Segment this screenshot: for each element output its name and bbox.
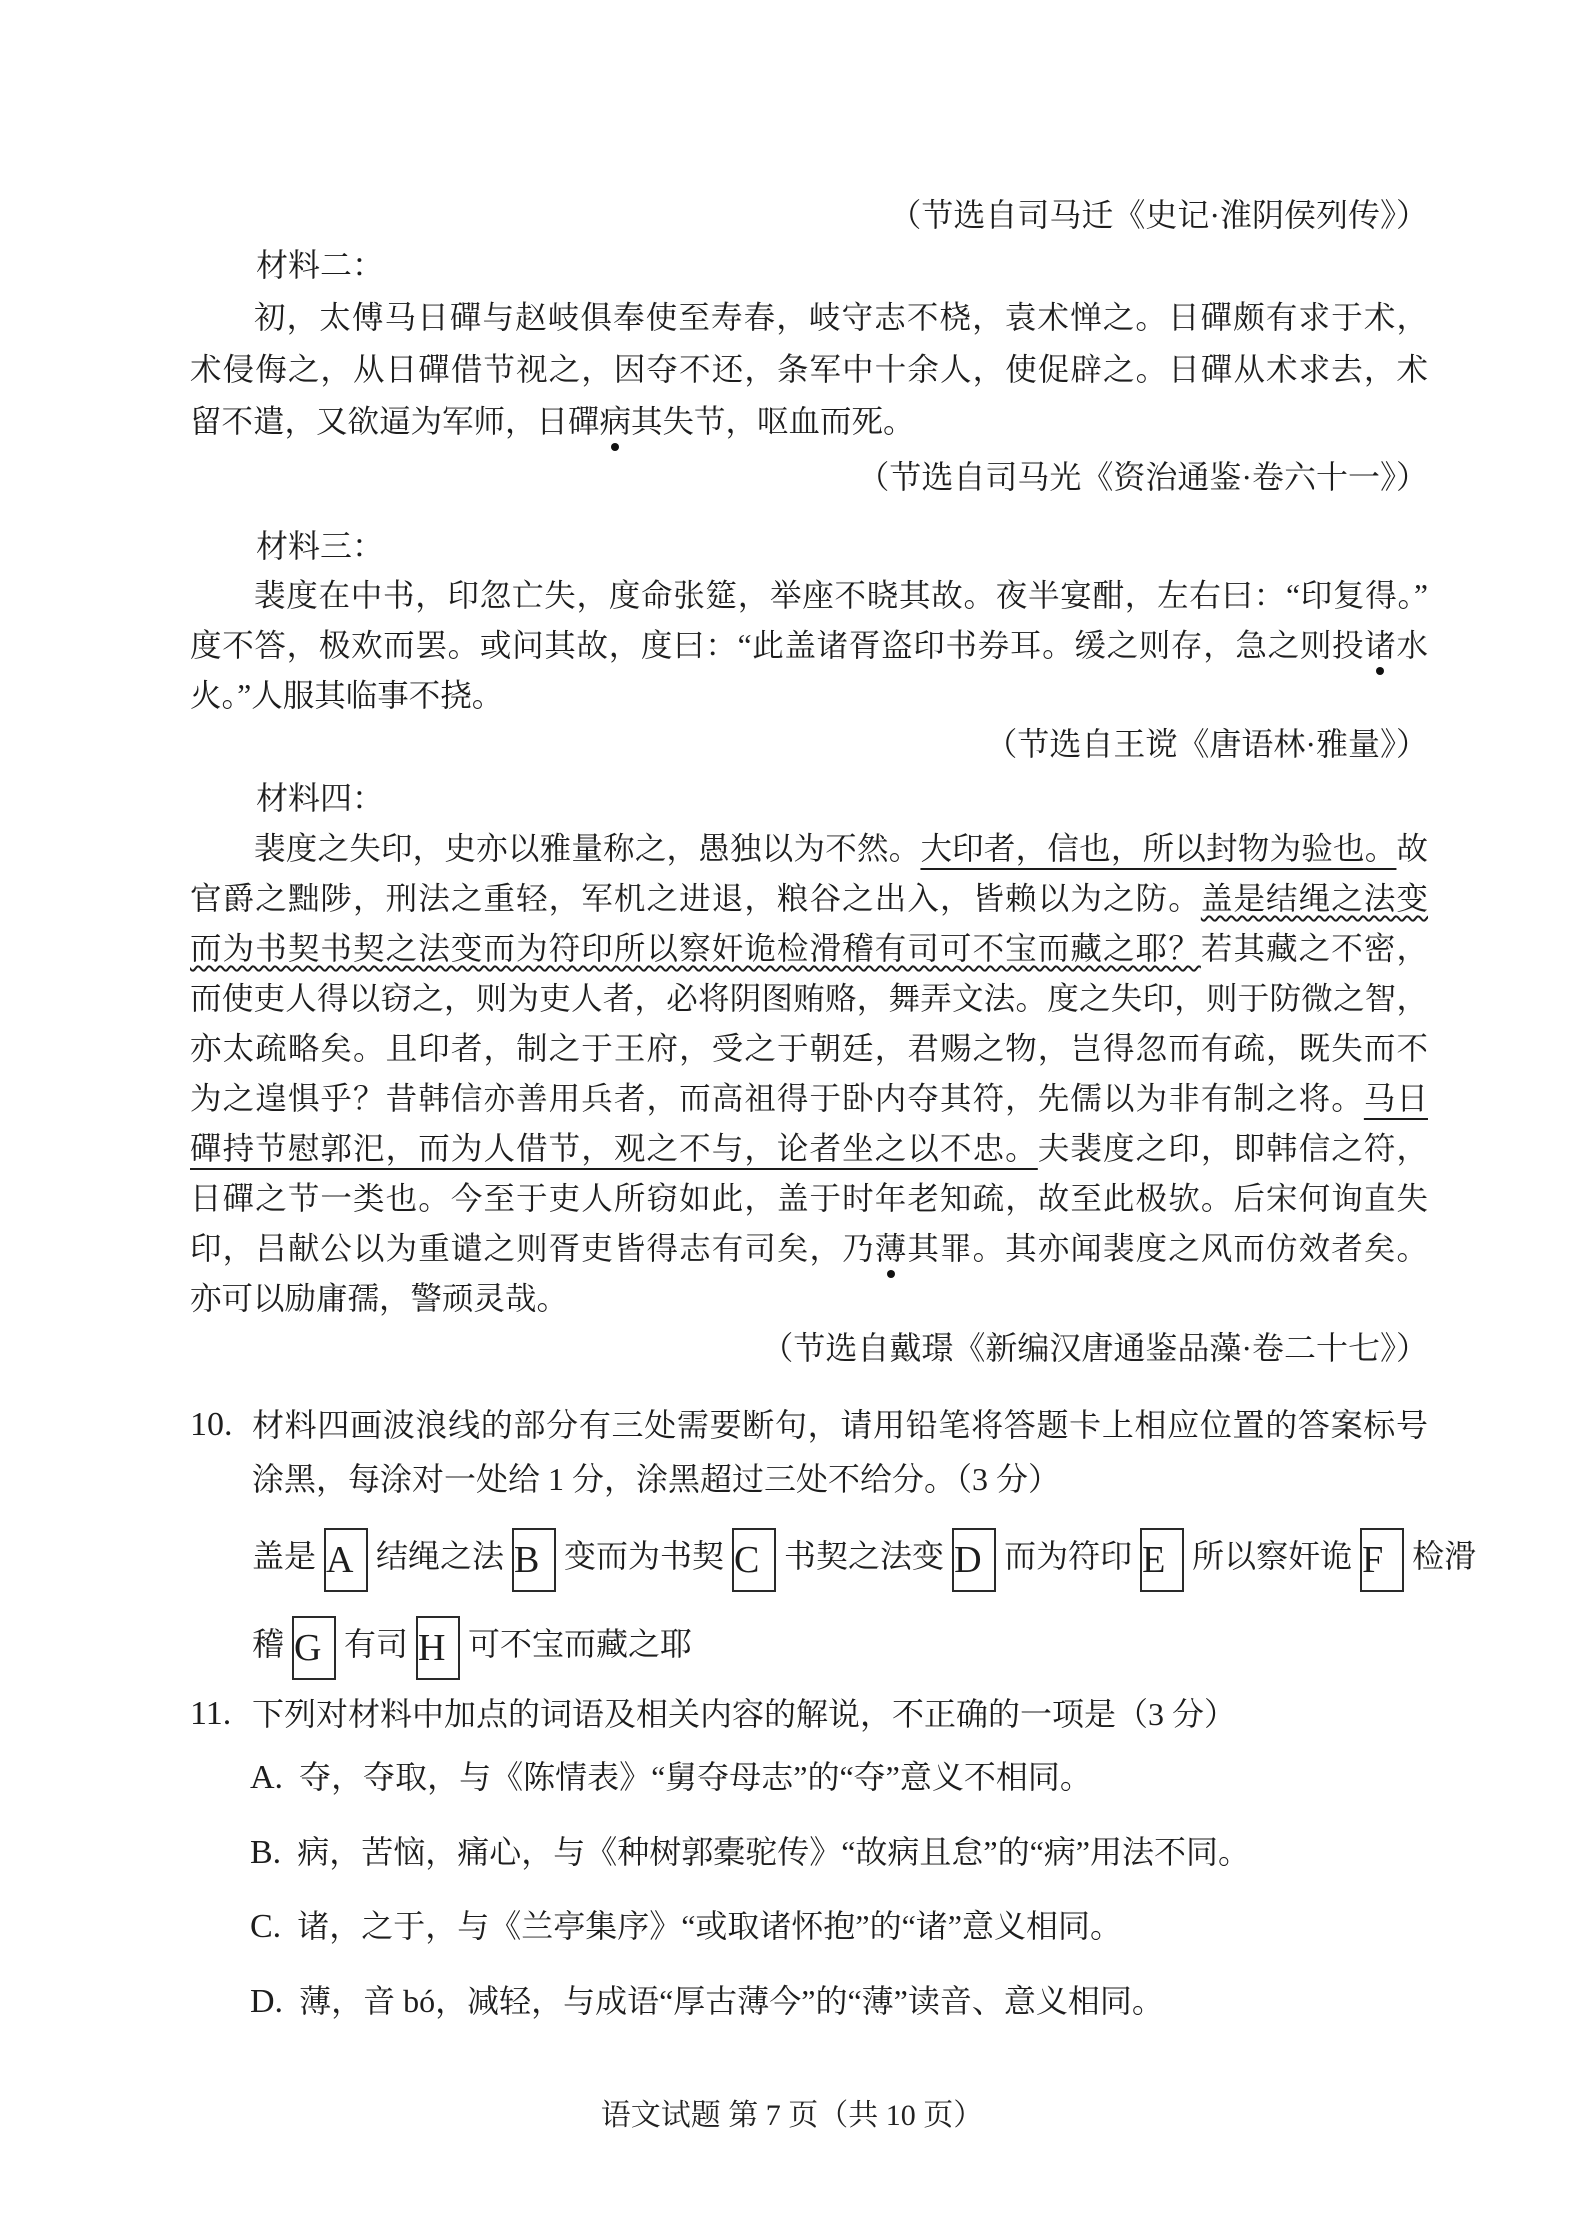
- text-segment: 夫裴度之印，即韩信之符，: [1038, 1131, 1428, 1166]
- text-segment: 官爵之黜陟，刑法之重轻，军机之进退，粮谷之出入，皆赖以为之防。: [190, 881, 1201, 916]
- answer-box-E: E: [1140, 1528, 1184, 1592]
- text-line: 磾持节慰郭汜，而为人借节，观之不与，论者坐之以不忠。夫裴度之印，即韩信之符，: [190, 1124, 1428, 1174]
- option-d-label: D.: [250, 1983, 283, 2020]
- answer-box-F: F: [1360, 1528, 1404, 1592]
- text-segment: 书契之法变: [784, 1538, 944, 1574]
- citation-hantangtongjian: （节选自戴璟《新编汉唐通鉴品藻·卷二十七》）: [190, 1323, 1428, 1373]
- option-d: D.薄，音 bó，减轻，与成语“厚古薄今”的“薄”读音、意义相同。: [190, 1976, 1428, 2027]
- material-4-label: 材料四：: [190, 773, 1494, 823]
- text-segment: 为之遑惧乎？昔韩信亦善用兵者，而高祖得于卧内夺其符，先儒以为非有制之将。: [190, 1081, 1364, 1116]
- text-segment: 裴度之失印，史亦以雅量称之，愚独以为不然。: [254, 831, 920, 866]
- material-2-label: 材料二：: [190, 240, 1494, 290]
- material-4-paragraph: 裴度之失印，史亦以雅量称之，愚独以为不然。大印者，信也，所以封物为验也。故官爵之…: [190, 824, 1428, 1324]
- text-line: 裴度之失印，史亦以雅量称之，愚独以为不然。大印者，信也，所以封物为验也。故: [190, 824, 1428, 874]
- text-line: 涂黑，每涂对一处给 1 分，涂黑超过三处不给分。（3 分）: [252, 1452, 1428, 1506]
- material-3-paragraph: 裴度在中书，印忽亡失，度命张筵，举座不晓其故。夜半宴酣，左右曰：“印复得。”度不…: [190, 571, 1428, 721]
- text-segment: 结绳之法: [376, 1538, 504, 1574]
- text-line: 材料四画波浪线的部分有三处需要断句，请用铅笔将答题卡上相应位置的答案标号: [252, 1398, 1428, 1452]
- text-segment: 检滑: [1412, 1538, 1476, 1574]
- answer-box-B: B: [512, 1528, 556, 1592]
- text-line: 而使吏人得以窃之，则为吏人者，必将阴图贿赂，舞弄文法。度之失印，则于防微之智，: [190, 974, 1428, 1024]
- underlined-text: 马日: [1364, 1081, 1428, 1116]
- option-a-text: 夺，夺取，与《陈情表》“舅夺母志”的“夺”意义不相同。: [299, 1759, 1092, 1795]
- citation-shiji: （节选自司马迁《史记·淮阴侯列传》）: [190, 190, 1428, 240]
- text-segment: 有司: [344, 1626, 408, 1662]
- text-segment: 度不答，极欢而罢。或问其故，度曰：“此盖诸胥盗印书券耳。缓之则存，急之则投: [190, 628, 1364, 663]
- answer-box-H: H: [416, 1616, 460, 1680]
- question-11: 11. 下列对材料中加点的词语及相关内容的解说，不正确的一项是（3 分）: [190, 1688, 1428, 1740]
- text-segment: 而使吏人得以窃之，则为吏人者，必将阴图贿赂，舞弄文法。度之失印，则于防微之智，: [190, 981, 1428, 1016]
- text-segment: 故: [1396, 831, 1428, 866]
- emphasized-char: 病: [600, 404, 632, 439]
- answer-box-D: D: [952, 1528, 996, 1592]
- wavy-underlined-text: 而为书契书契之法变而为符印所以察奸诡检滑稽有司可不宝而藏之耶？: [190, 931, 1201, 966]
- text-segment: 而为符印: [1004, 1538, 1132, 1574]
- text-line: 印，吕献公以为重谴之则胥吏皆得志有司矣，乃薄其罪。其亦闻裴度之风而仿效者矣。: [190, 1224, 1428, 1274]
- text-line: 亦太疏略矣。且印者，制之于王府，受之于朝廷，君赐之物，岂得忽而有疏，既失而不: [190, 1024, 1428, 1074]
- text-line: 亦可以励庸孺，警顽灵哉。: [190, 1274, 1428, 1324]
- text-line: 稽G有司H可不宝而藏之耶: [252, 1600, 1452, 1688]
- text-segment: 盖是: [252, 1538, 316, 1574]
- exam-paper-page: （节选自司马迁《史记·淮阴侯列传》） 材料二： 初，太傅马日磾与赵岐俱奉使至寿春…: [0, 0, 1584, 2240]
- text-segment: 涂黑，每涂对一处给 1 分，涂黑超过三处不给分。（3 分）: [252, 1461, 1060, 1497]
- text-segment: 所以察奸诡: [1192, 1538, 1352, 1574]
- underlined-text: 大印者，信也，所以封物为验也。: [920, 831, 1396, 866]
- text-segment: 印，吕献公以为重谴之则胥吏皆得志有司矣，乃: [190, 1231, 875, 1266]
- text-segment: 变而为书契: [564, 1538, 724, 1574]
- text-segment: 日磾之节一类也。今至于吏人所窃如此，盖于时年老知疏，故至此极欤。后宋何询直失: [190, 1181, 1428, 1216]
- text-line: 初，太傅马日磾与赵岐俱奉使至寿春，岐守志不桡，袁术惮之。日磾颇有求于术，: [190, 292, 1428, 344]
- option-b-label: B.: [250, 1834, 281, 1871]
- text-line: 度不答，极欢而罢。或问其故，度曰：“此盖诸胥盗印书券耳。缓之则存，急之则投诸水: [190, 621, 1428, 671]
- underlined-text: 磾持节慰郭汜，而为人借节，观之不与，论者坐之以不忠。: [190, 1131, 1038, 1166]
- material-3-label: 材料三：: [190, 521, 1494, 571]
- text-segment: 留不遣，又欲逼为军师，日磾: [190, 404, 600, 439]
- question-11-number: 11.: [190, 1688, 231, 1740]
- text-segment: 若其藏之不密，: [1201, 931, 1428, 966]
- answer-box-G: G: [292, 1616, 336, 1680]
- text-line: 留不遣，又欲逼为军师，日磾病其失节，呕血而死。: [190, 396, 1428, 448]
- option-c-label: C.: [250, 1908, 281, 1945]
- text-segment: 水: [1396, 628, 1428, 663]
- text-line: 裴度在中书，印忽亡失，度命张筵，举座不晓其故。夜半宴酣，左右曰：“印复得。”: [190, 571, 1428, 621]
- option-c-text: 诸，之于，与《兰亭集序》“或取诸怀抱”的“诸”意义相同。: [297, 1908, 1122, 1944]
- question-10-number: 10.: [190, 1398, 233, 1452]
- text-segment: 裴度在中书，印忽亡失，度命张筵，举座不晓其故。夜半宴酣，左右曰：“印复得。”: [254, 578, 1428, 613]
- question-10-text: 材料四画波浪线的部分有三处需要断句，请用铅笔将答题卡上相应位置的答案标号涂黑，每…: [252, 1398, 1428, 1506]
- question-11-prompt: 下列对材料中加点的词语及相关内容的解说，不正确的一项是（3 分）: [252, 1688, 1428, 1740]
- text-line: 火。”人服其临事不挠。: [190, 671, 1428, 721]
- text-segment: 亦太疏略矣。且印者，制之于王府，受之于朝廷，君赐之物，岂得忽而有疏，既失而不: [190, 1031, 1428, 1066]
- page-footer: 语文试题 第 7 页（共 10 页）: [0, 2090, 1584, 2134]
- text-segment: 材料四画波浪线的部分有三处需要断句，请用铅笔将答题卡上相应位置的答案标号: [252, 1407, 1428, 1443]
- option-b: B.病，苦恼，痛心，与《种树郭橐驼传》“故病且怠”的“病”用法不同。: [190, 1827, 1428, 1878]
- text-segment: 其罪。其亦闻裴度之风而仿效者矣。: [907, 1231, 1428, 1266]
- text-segment: 火。”人服其临事不挠。: [190, 678, 503, 713]
- option-d-text: 薄，音 bó，减轻，与成语“厚古薄今”的“薄”读音、意义相同。: [299, 1983, 1164, 2019]
- text-segment: 稽: [252, 1626, 284, 1662]
- option-a-label: A.: [250, 1759, 283, 1796]
- text-line: 官爵之黜陟，刑法之重轻，军机之进退，粮谷之出入，皆赖以为之防。盖是结绳之法变: [190, 874, 1428, 924]
- citation-tangyulin: （节选自王谠《唐语林·雅量》）: [190, 719, 1428, 769]
- option-b-text: 病，苦恼，痛心，与《种树郭橐驼传》“故病且怠”的“病”用法不同。: [297, 1834, 1250, 1870]
- text-segment: 亦可以励庸孺，警顽灵哉。: [190, 1281, 568, 1316]
- text-line: 日磾之节一类也。今至于吏人所窃如此，盖于时年老知疏，故至此极欤。后宋何询直失: [190, 1174, 1428, 1224]
- text-line: 为之遑惧乎？昔韩信亦善用兵者，而高祖得于卧内夺其符，先儒以为非有制之将。马日: [190, 1074, 1428, 1124]
- question-10: 10. 材料四画波浪线的部分有三处需要断句，请用铅笔将答题卡上相应位置的答案标号…: [190, 1398, 1428, 1506]
- emphasized-char: 诸: [1364, 628, 1396, 663]
- text-segment: 初，太傅马日磾与赵岐俱奉使至寿春，岐守志不桡，袁术惮之。日磾颇有求于术，: [254, 300, 1428, 335]
- citation-zizhitongjian: （节选自司马光《资治通鉴·卷六十一》）: [190, 452, 1428, 502]
- answer-box-A: A: [324, 1528, 368, 1592]
- wavy-underlined-text: 盖是结绳之法变: [1201, 881, 1428, 916]
- material-2-paragraph: 初，太傅马日磾与赵岐俱奉使至寿春，岐守志不桡，袁术惮之。日磾颇有求于术，术侵侮之…: [190, 292, 1428, 448]
- text-segment: 术侵侮之，从日磾借节视之，因夺不还，条军中十余人，使促辟之。日磾从术求去，术: [190, 352, 1428, 387]
- answer-box-C: C: [732, 1528, 776, 1592]
- option-c: C.诸，之于，与《兰亭集序》“或取诸怀抱”的“诸”意义相同。: [190, 1901, 1428, 1952]
- text-segment: 可不宝而藏之耶: [468, 1626, 692, 1662]
- text-line: 而为书契书契之法变而为符印所以察奸诡检滑稽有司可不宝而藏之耶？若其藏之不密，: [190, 924, 1428, 974]
- option-a: A.夺，夺取，与《陈情表》“舅夺母志”的“夺”意义不相同。: [190, 1752, 1428, 1803]
- text-line: 术侵侮之，从日磾借节视之，因夺不还，条军中十余人，使促辟之。日磾从术求去，术: [190, 344, 1428, 396]
- emphasized-char: 薄: [875, 1231, 908, 1266]
- text-segment: 其失节，呕血而死。: [631, 404, 915, 439]
- question-10-answer-boxes-line: 盖是A结绳之法B变而为书契C书契之法变D而为符印E所以察奸诡F检滑稽G有司H可不…: [252, 1512, 1452, 1688]
- text-line: 盖是A结绳之法B变而为书契C书契之法变D而为符印E所以察奸诡F检滑: [252, 1512, 1452, 1600]
